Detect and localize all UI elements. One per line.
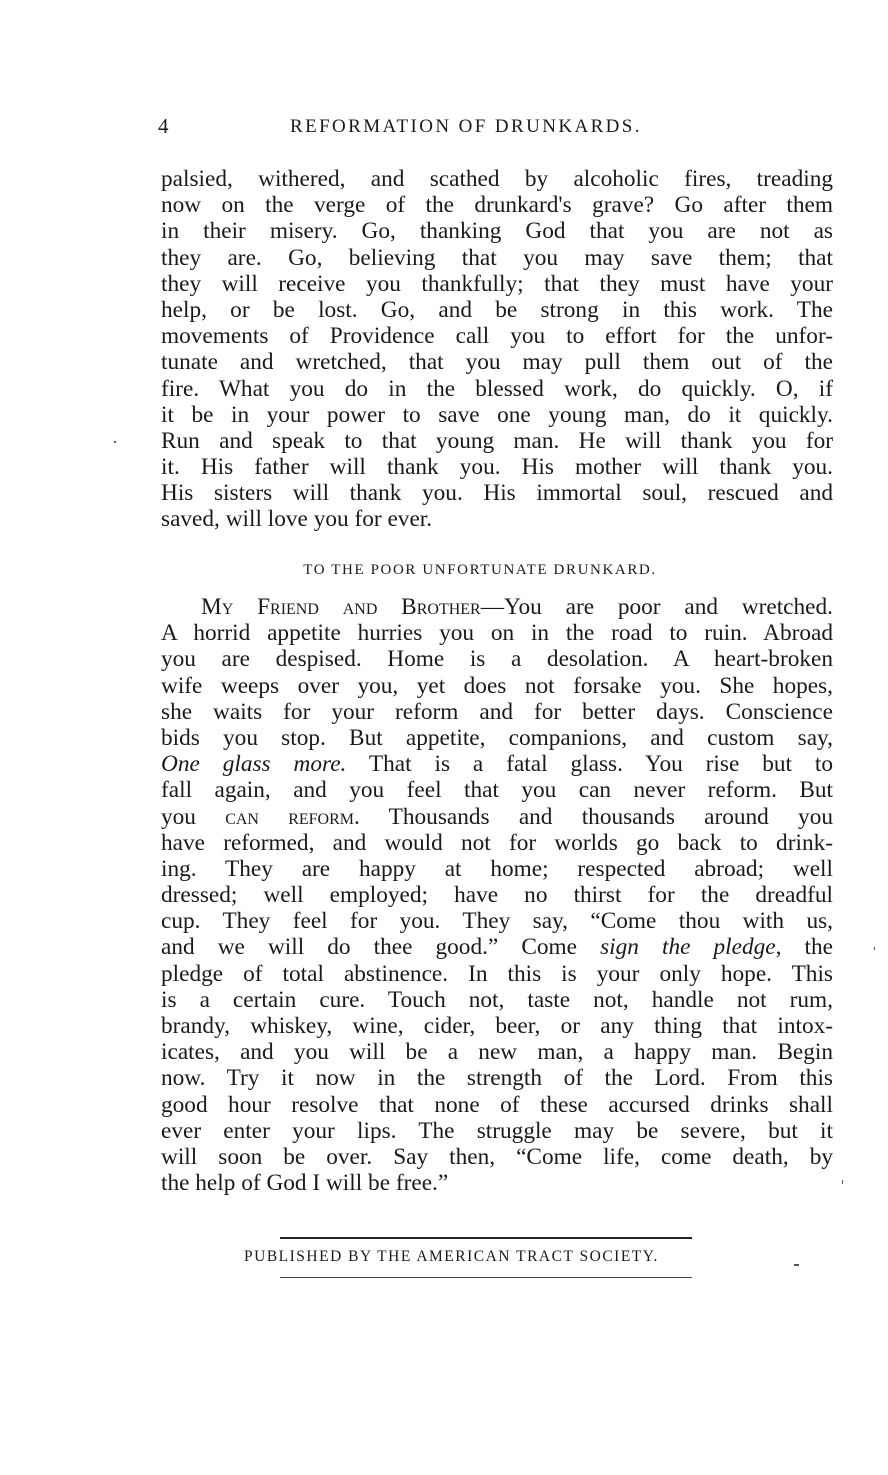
scan-speck	[842, 1180, 843, 1184]
text-line: pledge of total abstinence. In this is y…	[161, 961, 833, 987]
text-line: help, or be lost. Go, and be strong in t…	[161, 297, 833, 323]
text-line: ing. They are happy at home; respected a…	[161, 856, 833, 882]
text-line: good hour resolve that none of these acc…	[161, 1092, 833, 1118]
text-line: saved, will love you for ever.	[161, 506, 833, 532]
text-line: it be in your power to save one young ma…	[161, 402, 833, 428]
text-line: bids you stop. But appetite, companions,…	[161, 725, 833, 751]
text-line: movements of Providence call you to effo…	[161, 323, 833, 349]
text-line: dressed; well employed; have no thirst f…	[161, 882, 833, 908]
text-segment: That is a fatal glass. You rise but to	[346, 751, 833, 777]
text-line: now. Try it now in the strength of the L…	[161, 1065, 833, 1091]
text-line: My Friend and Brother—You are poor and w…	[161, 594, 833, 620]
text-line: tunate and wretched, that you may pull t…	[161, 349, 833, 375]
text-line: you are despised. Home is a desolation. …	[161, 646, 833, 672]
text-line: wife weeps over you, yet does not forsak…	[161, 673, 833, 699]
text-line: she waits for your reform and for better…	[161, 699, 833, 725]
text-line: in their misery. Go, thanking God that y…	[161, 218, 833, 244]
small-caps-phrase: can reform.	[225, 804, 360, 830]
paragraph-2: My Friend and Brother—You are poor and w…	[161, 594, 833, 1196]
text-line: A horrid appetite hurries you on in the …	[161, 620, 833, 646]
text-line: cup. They feel for you. They say, “Come …	[161, 908, 833, 934]
text-line: have reformed, and would not for worlds …	[161, 830, 833, 856]
text-segment: , the	[776, 934, 833, 960]
footer-rule-bottom	[280, 1277, 692, 1278]
text-line: is a certain cure. Touch not, taste not,…	[161, 987, 833, 1013]
text-line: they will receive you thankfully; that t…	[161, 271, 833, 297]
section-heading: TO THE POOR UNFORTUNATE DRUNKARD.	[0, 562, 888, 579]
text-line: now on the verge of the drunkard's grave…	[161, 192, 833, 218]
italic-phrase: sign the pledge	[600, 934, 776, 960]
text-segment: Thousands and thousands around you	[360, 804, 833, 830]
scan-speck	[832, 437, 833, 441]
italic-phrase: One glass more.	[161, 751, 346, 777]
text-line: the help of God I will be free.”	[161, 1170, 833, 1196]
text-line: it. His father will thank you. His mothe…	[161, 454, 833, 480]
text-line: fire. What you do in the blessed work, d…	[161, 376, 833, 402]
publisher-imprint: PUBLISHED BY THE AMERICAN TRACT SOCIETY.	[244, 1248, 659, 1266]
paragraph-1: palsied, withered, and scathed by alcoho…	[161, 166, 833, 533]
scan-speck	[794, 1264, 799, 1266]
text-segment: you	[161, 804, 225, 830]
text-line: fall again, and you feel that you can ne…	[161, 777, 833, 803]
text-line: His sisters will thank you. His immortal…	[161, 480, 833, 506]
text-line: Run and speak to that young man. He will…	[161, 428, 833, 454]
text-line: icates, and you will be a new man, a hap…	[161, 1039, 833, 1065]
text-line: ever enter your lips. The struggle may b…	[161, 1118, 833, 1144]
text-line: One glass more. That is a fatal glass. Y…	[161, 751, 833, 777]
text-line: they are. Go, believing that you may sav…	[161, 245, 833, 271]
section-heading-text: TO THE POOR UNFORTUNATE DRUNKARD.	[303, 562, 656, 578]
text-segment: and we will do thee good.” Come	[161, 934, 600, 960]
text-segment: —You are poor and wretched.	[481, 594, 833, 620]
page-number: 4	[158, 114, 169, 139]
scan-speck	[874, 947, 875, 950]
text-line: will soon be over. Say then, “Come life,…	[161, 1144, 833, 1170]
footer-rule-top	[280, 1237, 692, 1239]
scan-speck	[114, 441, 116, 443]
text-line: palsied, withered, and scathed by alcoho…	[161, 166, 833, 192]
text-line: you can reform. Thousands and thousands …	[161, 804, 833, 830]
text-line: brandy, whiskey, wine, cider, beer, or a…	[161, 1013, 833, 1039]
running-title: REFORMATION OF DRUNKARDS.	[290, 116, 642, 138]
salutation: My Friend and Brother	[201, 594, 481, 620]
text-line: and we will do thee good.” Come sign the…	[161, 934, 833, 960]
